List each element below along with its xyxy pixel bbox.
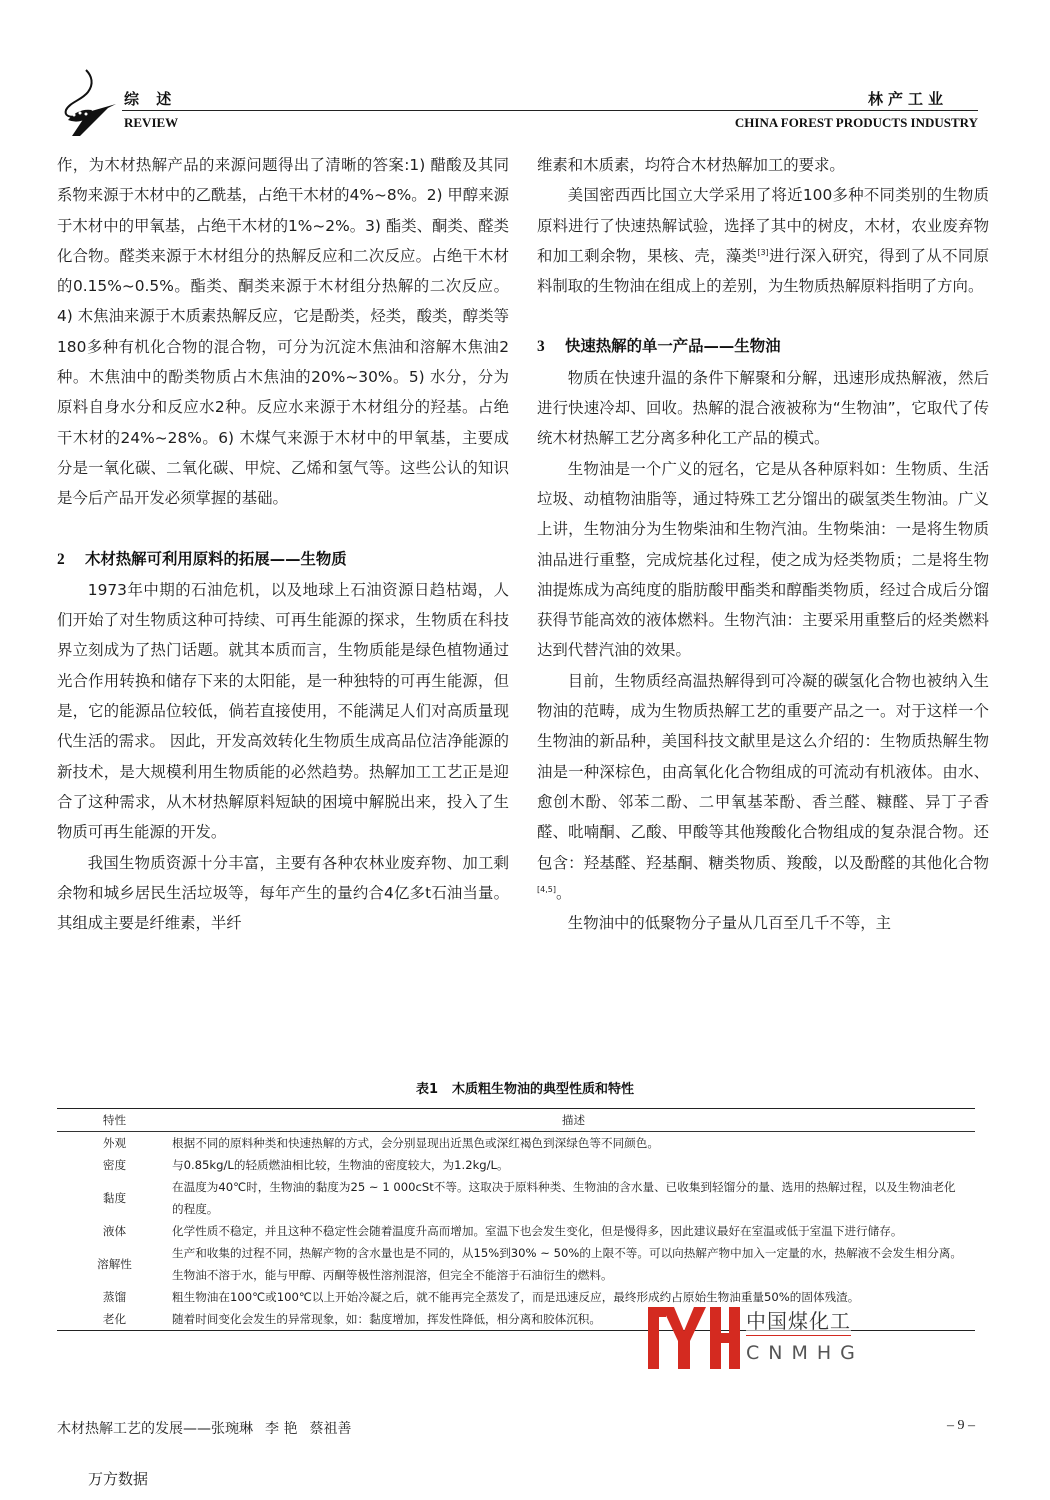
- section-number: 3: [537, 332, 565, 362]
- paragraph: 1973年中期的石油危机，以及地球上石油资源日趋枯竭，人们开始了对生物质这种可持…: [57, 575, 509, 848]
- section-title: 快速热解的单一产品——生物油: [565, 337, 780, 355]
- paragraph-text: 。: [556, 884, 571, 902]
- table-title: 木质粗生物油的典型性质和特性: [452, 1082, 634, 1097]
- journal-name-en: CHINA FOREST PRODUCTS INDUSTRY: [735, 115, 978, 131]
- paragraph: 生物油中的低聚物分子量从几百至几千不等，主: [537, 908, 989, 938]
- property-cell: 液体: [57, 1220, 172, 1242]
- citation-ref[interactable]: [3]: [757, 248, 768, 257]
- section-number: 2: [57, 545, 85, 575]
- paragraph: 目前，生物质经高温热解得到可冷凝的碳氢化合物也被纳入生物油的范畴，成为生物质热解…: [537, 666, 989, 908]
- section-heading-2: 2木材热解可利用原料的拓展——生物质: [57, 544, 509, 575]
- property-cell: 老化: [57, 1308, 172, 1331]
- table-row: 密度 与0.85kg/L的轻质燃油相比较，生物油的密度较大，为1.2kg/L。: [57, 1154, 975, 1176]
- property-cell: 密度: [57, 1154, 172, 1176]
- property-cell: 蒸馏: [57, 1286, 172, 1308]
- table-row: 溶解性 生产和收集的过程不同，热解产物的含水量也是不同的，从15%到30% ~ …: [57, 1242, 975, 1286]
- paragraph: 生物油是一个广义的冠名，它是从各种原料如：生物质、生活垃圾、动植物油脂等，通过特…: [537, 454, 989, 666]
- description-cell: 在温度为40℃时，生物油的黏度为25 ~ 1 000cSt不等。这取决于原料种类…: [172, 1176, 975, 1220]
- footer-article-title: 木材热解工艺的发展——张琬琳李 艳蔡祖善: [57, 1418, 351, 1438]
- paragraph: 美国密西西比国立大学采用了将近100多种不同类别的生物质原料进行了快速热解试验，…: [537, 180, 989, 301]
- section-heading-3: 3快速热解的单一产品——生物油: [537, 331, 989, 362]
- table-row: 黏度 在温度为40℃时，生物油的黏度为25 ~ 1 000cSt不等。这取决于原…: [57, 1176, 975, 1220]
- right-column: 维素和木质素，均符合木材热解加工的要求。 美国密西西比国立大学采用了将近100多…: [537, 150, 989, 938]
- property-cell: 外观: [57, 1132, 172, 1155]
- journal-logo-icon: [58, 68, 128, 138]
- watermark-name-cn: 中国煤化工: [746, 1307, 851, 1336]
- header-rule: [122, 110, 978, 111]
- table-row: 蒸馏 粗生物油在100℃或100℃以上开始冷凝之后，就不能再完全蒸发了，而是迅速…: [57, 1286, 975, 1308]
- paragraph: 物质在快速升温的条件下解聚和分解，迅速形成热解液，然后进行快速冷却、回收。热解的…: [537, 363, 989, 454]
- column-header-description: 描述: [172, 1109, 975, 1132]
- column-header-property: 特性: [57, 1109, 172, 1132]
- section-label-en: REVIEW: [124, 115, 178, 131]
- citation-ref[interactable]: [4,5]: [537, 885, 556, 894]
- paragraph: 作，为木材热解产品的来源问题得出了清晰的答案:1) 醋酸及其同系物来源于木材中的…: [57, 150, 509, 514]
- author-name: 蔡祖善: [309, 1421, 351, 1437]
- paragraph-text: 目前，生物质经高温热解得到可冷凝的碳氢化合物也被纳入生物油的范畴，成为生物质热解…: [537, 672, 989, 872]
- section-title: 木材热解可利用原料的拓展——生物质: [85, 550, 347, 568]
- watermark-name-en: CNMHG: [746, 1340, 864, 1366]
- table-number: 表1: [416, 1082, 438, 1097]
- left-column: 作，为木材热解产品的来源问题得出了清晰的答案:1) 醋酸及其同系物来源于木材中的…: [57, 150, 509, 938]
- paragraph: 维素和木质素，均符合木材热解加工的要求。: [537, 150, 989, 180]
- description-cell: 粗生物油在100℃或100℃以上开始冷凝之后，就不能再完全蒸发了，而是迅速反应，…: [172, 1286, 975, 1308]
- table-caption: 表1木质粗生物油的典型性质和特性: [0, 1078, 1050, 1097]
- table-row: 外观 根据不同的原料种类和快速热解的方式，会分别显现出近黑色或深红褐色到深绿色等…: [57, 1132, 975, 1155]
- watermark: 中国煤化工 CNMHG: [648, 1307, 888, 1369]
- source-watermark: 万方数据: [88, 1468, 148, 1489]
- section-label-cn: 综 述: [124, 88, 177, 109]
- properties-table: 特性 描述 外观 根据不同的原料种类和快速热解的方式，会分别显现出近黑色或深红褐…: [57, 1108, 975, 1331]
- page-number: – 9 –: [947, 1418, 975, 1434]
- watermark-logo-icon: [648, 1307, 740, 1369]
- description-cell: 与0.85kg/L的轻质燃油相比较，生物油的密度较大，为1.2kg/L。: [172, 1154, 975, 1176]
- property-cell: 黏度: [57, 1176, 172, 1220]
- article-title-author1: 木材热解工艺的发展——张琬琳: [57, 1421, 253, 1437]
- paragraph: 我国生物质资源十分丰富，主要有各种农林业废弃物、加工剩余物和城乡居民生活垃圾等，…: [57, 848, 509, 939]
- description-cell: 根据不同的原料种类和快速热解的方式，会分别显现出近黑色或深红褐色到深绿色等不同颜…: [172, 1132, 975, 1155]
- table-header-row: 特性 描述: [57, 1109, 975, 1132]
- property-cell: 溶解性: [57, 1242, 172, 1286]
- table-row: 液体 化学性质不稳定，并且这种不稳定性会随着温度升高而增加。室温下也会发生变化，…: [57, 1220, 975, 1242]
- author-name: 李 艳: [265, 1421, 297, 1437]
- description-cell: 生产和收集的过程不同，热解产物的含水量也是不同的，从15%到30% ~ 50%的…: [172, 1242, 975, 1286]
- description-cell: 化学性质不稳定，并且这种不稳定性会随着温度升高而增加。室温下也会发生变化，但是慢…: [172, 1220, 975, 1242]
- page-header: 综 述 REVIEW 林产工业 CHINA FOREST PRODUCTS IN…: [58, 68, 978, 138]
- journal-name-cn: 林产工业: [868, 88, 948, 109]
